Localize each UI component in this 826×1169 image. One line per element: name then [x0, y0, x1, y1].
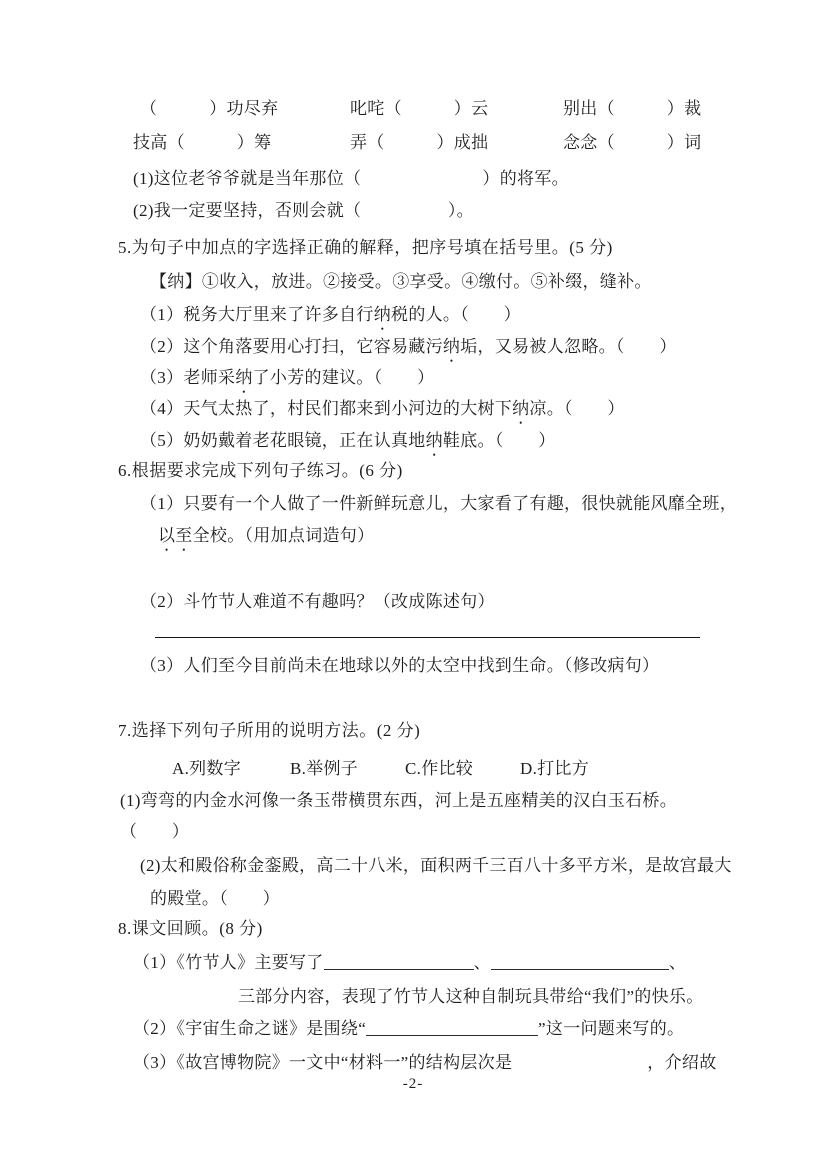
- q7-option-a: A.列数字: [172, 757, 241, 781]
- q8-item-3-pre: （3）《故宫博物院》一文中“材料一”的结构层次是: [133, 1053, 512, 1072]
- q5-item-1-pre: （1）税务大厅里来了许多自行: [140, 305, 374, 324]
- q8-item-1-line-2: 三部分内容，表现了竹节人这种自制玩具带给“我们”的快乐。: [238, 985, 704, 1009]
- q8-item-2-post: ”这一问题来写的。: [538, 1019, 684, 1038]
- q5-item-1-dotted-char: 纳: [374, 305, 391, 324]
- q6-item-1-line-2-post: 全校。（用加点词造句）: [193, 526, 375, 545]
- q6-item-1-line-2: 以至全校。（用加点词造句）: [158, 524, 374, 555]
- q5-item-2: （2）这个角落要用心打扫，它容易藏污纳垢，又易被人忽略。（ ）: [140, 335, 677, 366]
- answer-space: [512, 1067, 647, 1068]
- q5-item-3-dotted-char: 纳: [235, 368, 252, 387]
- q6-item-1-line-1: （1）只要有一个人做了一件新鲜玩意儿，大家看了有趣，很快就能风靡全班，: [140, 492, 737, 516]
- answer-blank: [324, 953, 474, 970]
- idiom-blank-5: 弄（ ）成拙: [350, 131, 488, 155]
- idiom-sentence-1: (1)这位老爷爷就是当年那位（ ）的将军。: [133, 167, 569, 191]
- page-number: -2-: [0, 1076, 826, 1093]
- q5-item-3: （3）老师采纳了小芳的建议。（ ）: [140, 366, 434, 397]
- q6-item-2: （2）斗竹节人难道不有趣吗？（改成陈述句）: [140, 590, 495, 614]
- q8-item-2-pre: （2）《宇宙生命之谜》是围绕“: [133, 1019, 366, 1038]
- q7-option-d: D.打比方: [520, 757, 589, 781]
- q5-item-1-post: 税的人。（ ）: [391, 305, 521, 324]
- q7-option-c: C.作比较: [405, 757, 473, 781]
- q8-item-1-sep-2: 、: [669, 953, 686, 972]
- q7-option-b: B.举例子: [290, 757, 358, 781]
- answer-blank: [366, 1019, 538, 1036]
- q5-item-2-pre: （2）这个角落要用心打扫，它容易藏污: [140, 337, 443, 356]
- q6-title: 6.根据要求完成下列句子练习。(6 分): [118, 459, 403, 483]
- idiom-blank-4: 技高（ ）筹: [133, 131, 271, 155]
- q8-item-2: （2）《宇宙生命之谜》是围绕“”这一问题来写的。: [133, 1017, 684, 1041]
- q5-title: 5.为句子中加点的字选择正确的解释，把序号填在括号里。(5 分): [118, 236, 613, 260]
- q8-item-1-sep-1: 、: [474, 953, 491, 972]
- q5-item-2-post: 垢，又易被人忽略。（ ）: [460, 337, 676, 356]
- q5-item-4-post: 凉。（ ）: [529, 399, 624, 418]
- q7-item-1-bracket: （ ）: [120, 820, 189, 844]
- idiom-blank-1: （ ）功尽弃: [140, 97, 278, 121]
- q5-item-4-dotted-char: 纳: [512, 399, 529, 418]
- q5-item-5-pre: （5）奶奶戴着老花眼镜，正在认真地: [140, 431, 426, 450]
- q8-item-3-post: ，介绍故: [647, 1053, 716, 1072]
- q8-item-1-line-1: （1）《竹节人》主要写了、、: [133, 951, 686, 975]
- q5-item-5-post: 鞋底。（ ）: [443, 431, 556, 450]
- q6-item-3: （3）人们至今目前尚未在地球以外的太空中找到生命。（修改病句）: [140, 654, 659, 678]
- answer-line: [155, 637, 700, 638]
- exam-paper-page: （ ）功尽弃 叱咤（ ）云 别出（ ）裁 技高（ ）筹 弄（ ）成拙 念念（ ）…: [0, 0, 826, 1169]
- idiom-blank-2: 叱咤（ ）云: [350, 97, 488, 121]
- answer-blank: [491, 953, 669, 970]
- q5-item-3-post: 了小芳的建议。（ ）: [253, 368, 435, 387]
- q5-item-4: （4）天气太热了，村民们都来到小河边的大树下纳凉。（ ）: [140, 397, 625, 428]
- q7-item-1: (1)弯弯的内金水河像一条玉带横贯东西，河上是五座精美的汉白玉石桥。: [120, 789, 677, 813]
- q5-item-2-dotted-char: 纳: [443, 337, 460, 356]
- q5-item-1: （1）税务大厅里来了许多自行纳税的人。（ ）: [140, 303, 521, 334]
- q5-item-4-pre: （4）天气太热了，村民们都来到小河边的大树下: [140, 399, 512, 418]
- q5-item-5-dotted-char: 纳: [426, 431, 443, 450]
- q6-item-1-dotted-word: 以至: [158, 526, 193, 545]
- idiom-sentence-2: (2)我一定要坚持，否则会就（ ）。: [133, 199, 474, 223]
- q5-item-5: （5）奶奶戴着老花眼镜，正在认真地纳鞋底。（ ）: [140, 429, 556, 460]
- q8-title: 8.课文回顾。(8 分): [118, 917, 263, 941]
- q5-item-3-pre: （3）老师采: [140, 368, 235, 387]
- q8-item-1-pre: （1）《竹节人》主要写了: [133, 953, 324, 972]
- idiom-blank-6: 念念（ ）词: [563, 131, 701, 155]
- q7-item-2-line-1: (2)太和殿俗称金銮殿，高二十八米，面积两千三百八十多平方米，是故宫最大: [140, 854, 732, 878]
- q5-definitions: 【纳】①收入，放进。②接受。③享受。④缴付。⑤补缀，缝补。: [150, 270, 652, 294]
- q7-title: 7.选择下列句子所用的说明方法。(2 分): [118, 719, 420, 743]
- q7-item-2-line-2: 的殿堂。（ ）: [150, 887, 280, 911]
- q8-item-3: （3）《故宫博物院》一文中“材料一”的结构层次是，介绍故: [133, 1051, 717, 1075]
- idiom-blank-3: 别出（ ）裁: [563, 97, 701, 121]
